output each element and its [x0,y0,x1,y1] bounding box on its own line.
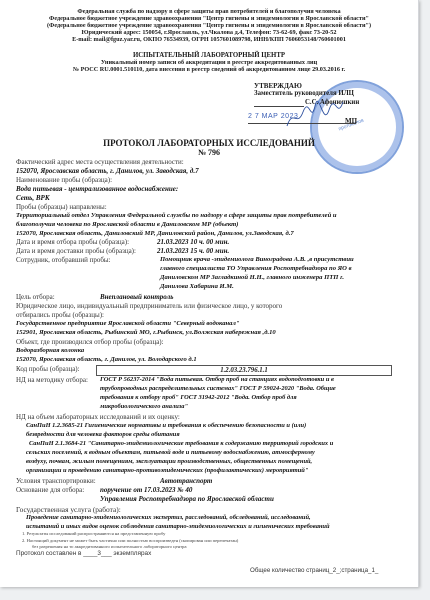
document-page: Федеральная служба по надзору в сфере за… [0,0,419,587]
sample-name-value: Вода питьевая - централизованное водосна… [16,185,178,193]
sampler-value-2: главного специалиста ТО Управления Роспо… [160,265,352,272]
note-3: без разрешения на то аккредитованного ис… [32,544,186,549]
sent-by-value-2: благополучия человека по Ярославской обл… [16,221,239,228]
legal-entity-value: Государственное предприятие Ярославской … [16,320,240,327]
signature-icon [285,98,345,130]
purpose-label: Цель отбора: [16,293,55,301]
basis-label: Основание для отбора: [16,486,84,494]
scope-value: СанПиН 1.2.3685-21 Гигиенические нормати… [26,422,306,429]
basis-value: поручение от 17.03.2023 № 40 [100,486,192,494]
note-1: 1. Результаты исследований распространяю… [22,531,165,536]
transport-label: Условия транспортировки: [16,477,96,485]
basis-value-2: Управления Роспотребнадзора по Ярославск… [100,495,274,503]
sent-by-address: 152070, Ярославская область, Даниловский… [16,230,294,237]
service-value-2: испытаний и иных видов оценок соблюдения… [26,523,330,530]
object-value: Водоразборная колонка [16,347,84,354]
protocol-number: № 796 [0,148,418,157]
protocol-title: ПРОТОКОЛ ЛАБОРАТОРНЫХ ИССЛЕДОВАНИЙ [0,138,418,148]
scope-value-4: сельских поселений, к водным объектам, п… [26,449,315,456]
sampler-value: Помощник врача -эпидемиолога Виноградова… [160,256,354,263]
scope-label: НД на объем лабораторных исследований и … [16,413,180,421]
scope-value-2: безвредности для человека факторов среды… [26,431,180,438]
header-contacts: E-mail: mail@fguz.yar.ru, ОКПО 76534939,… [0,36,418,43]
sample-code-value: 1.2.03.23.796.1.1 [96,365,392,376]
actual-address-value: 152070, Ярославская область, г. Данилов,… [16,167,199,175]
service-value: Проведение санитарно-эпидемиологических … [26,514,311,521]
scope-value-5: воздуху, почвам, жилым помещениям, экспл… [26,458,312,465]
sample-name-value-2: Сеть, ВРК [16,194,50,202]
scope-value-3: СанПиН 2.1.3684-21 "Санитарно-эпидемиоло… [29,440,333,447]
method-value-2: трубопроводных распределительных система… [100,385,336,392]
scope-value-6: организации и проведению санитарно-проти… [26,467,308,474]
note-2: 2. Настоящий документ не может быть част… [22,538,238,543]
sent-by-value: Территориальный отдел Управления Федерал… [16,212,337,219]
object-label: Объект, где производился отбор пробы (об… [16,338,164,346]
page-count: Общее количество страниц_2_;страница_1_ [250,567,378,574]
accreditation-line-2: № РОСС RU.0001.510110, дата внесения в р… [0,66,418,73]
transport-value: Автотранспорт [160,477,212,485]
approver-position: Заместитель руководителя ИЛЦ [254,90,354,97]
sampling-datetime-label: Дата и время отбора пробы (образца): [16,238,129,246]
legal-entity-label: Юридическое лицо, индивидуальный предпри… [16,302,282,310]
sent-by-label: Пробы (образцы) направлены: [16,203,107,211]
service-label: Государственная услуга (работа): [16,505,121,514]
sampling-datetime-value: 21.03.2023 10 ч. 00 мин. [157,238,229,246]
actual-address-label: Фактический адрес места осуществления де… [16,158,184,166]
copies-count: Протокол составлен в ____3___ экземпляра… [16,550,151,557]
legal-entity-label-2: отбирались пробы (образцы): [16,311,104,319]
method-value-4: микробиологического анализа" [100,403,188,410]
purpose-value: Внеплановый контроль [100,293,173,301]
approve-label: УТВЕРЖДАЮ [254,82,302,90]
legal-entity-address: 152901, Ярославская область, Рыбинский М… [16,329,276,336]
delivery-datetime-value: 21.03.2023 15 ч. 00 мин. [157,247,229,255]
sample-name-label: Наименование пробы (образца): [16,176,112,184]
sampler-value-3: Даниловском МР Загладкиной Н.Н., главног… [160,274,344,281]
delivery-datetime-label: Дата и время доставки пробы (образца): [16,247,136,255]
seal-label: МП [345,117,357,125]
method-value: ГОСТ Р 56237-2014 "Вода питьевая. Отбор … [100,376,334,383]
method-value-3: требования к отбору проб" ГОСТ 31942-201… [100,394,297,401]
sample-code-label: Код пробы (образца): [16,365,80,373]
sampler-value-4: Данилова Хабарина И.М. [160,283,234,290]
sampler-label: Сотрудник, отобравший пробы: [16,256,111,264]
object-address: 152070, Ярославская область, г. Данилов,… [16,356,197,363]
method-label: НД на методику отбора: [16,376,88,384]
